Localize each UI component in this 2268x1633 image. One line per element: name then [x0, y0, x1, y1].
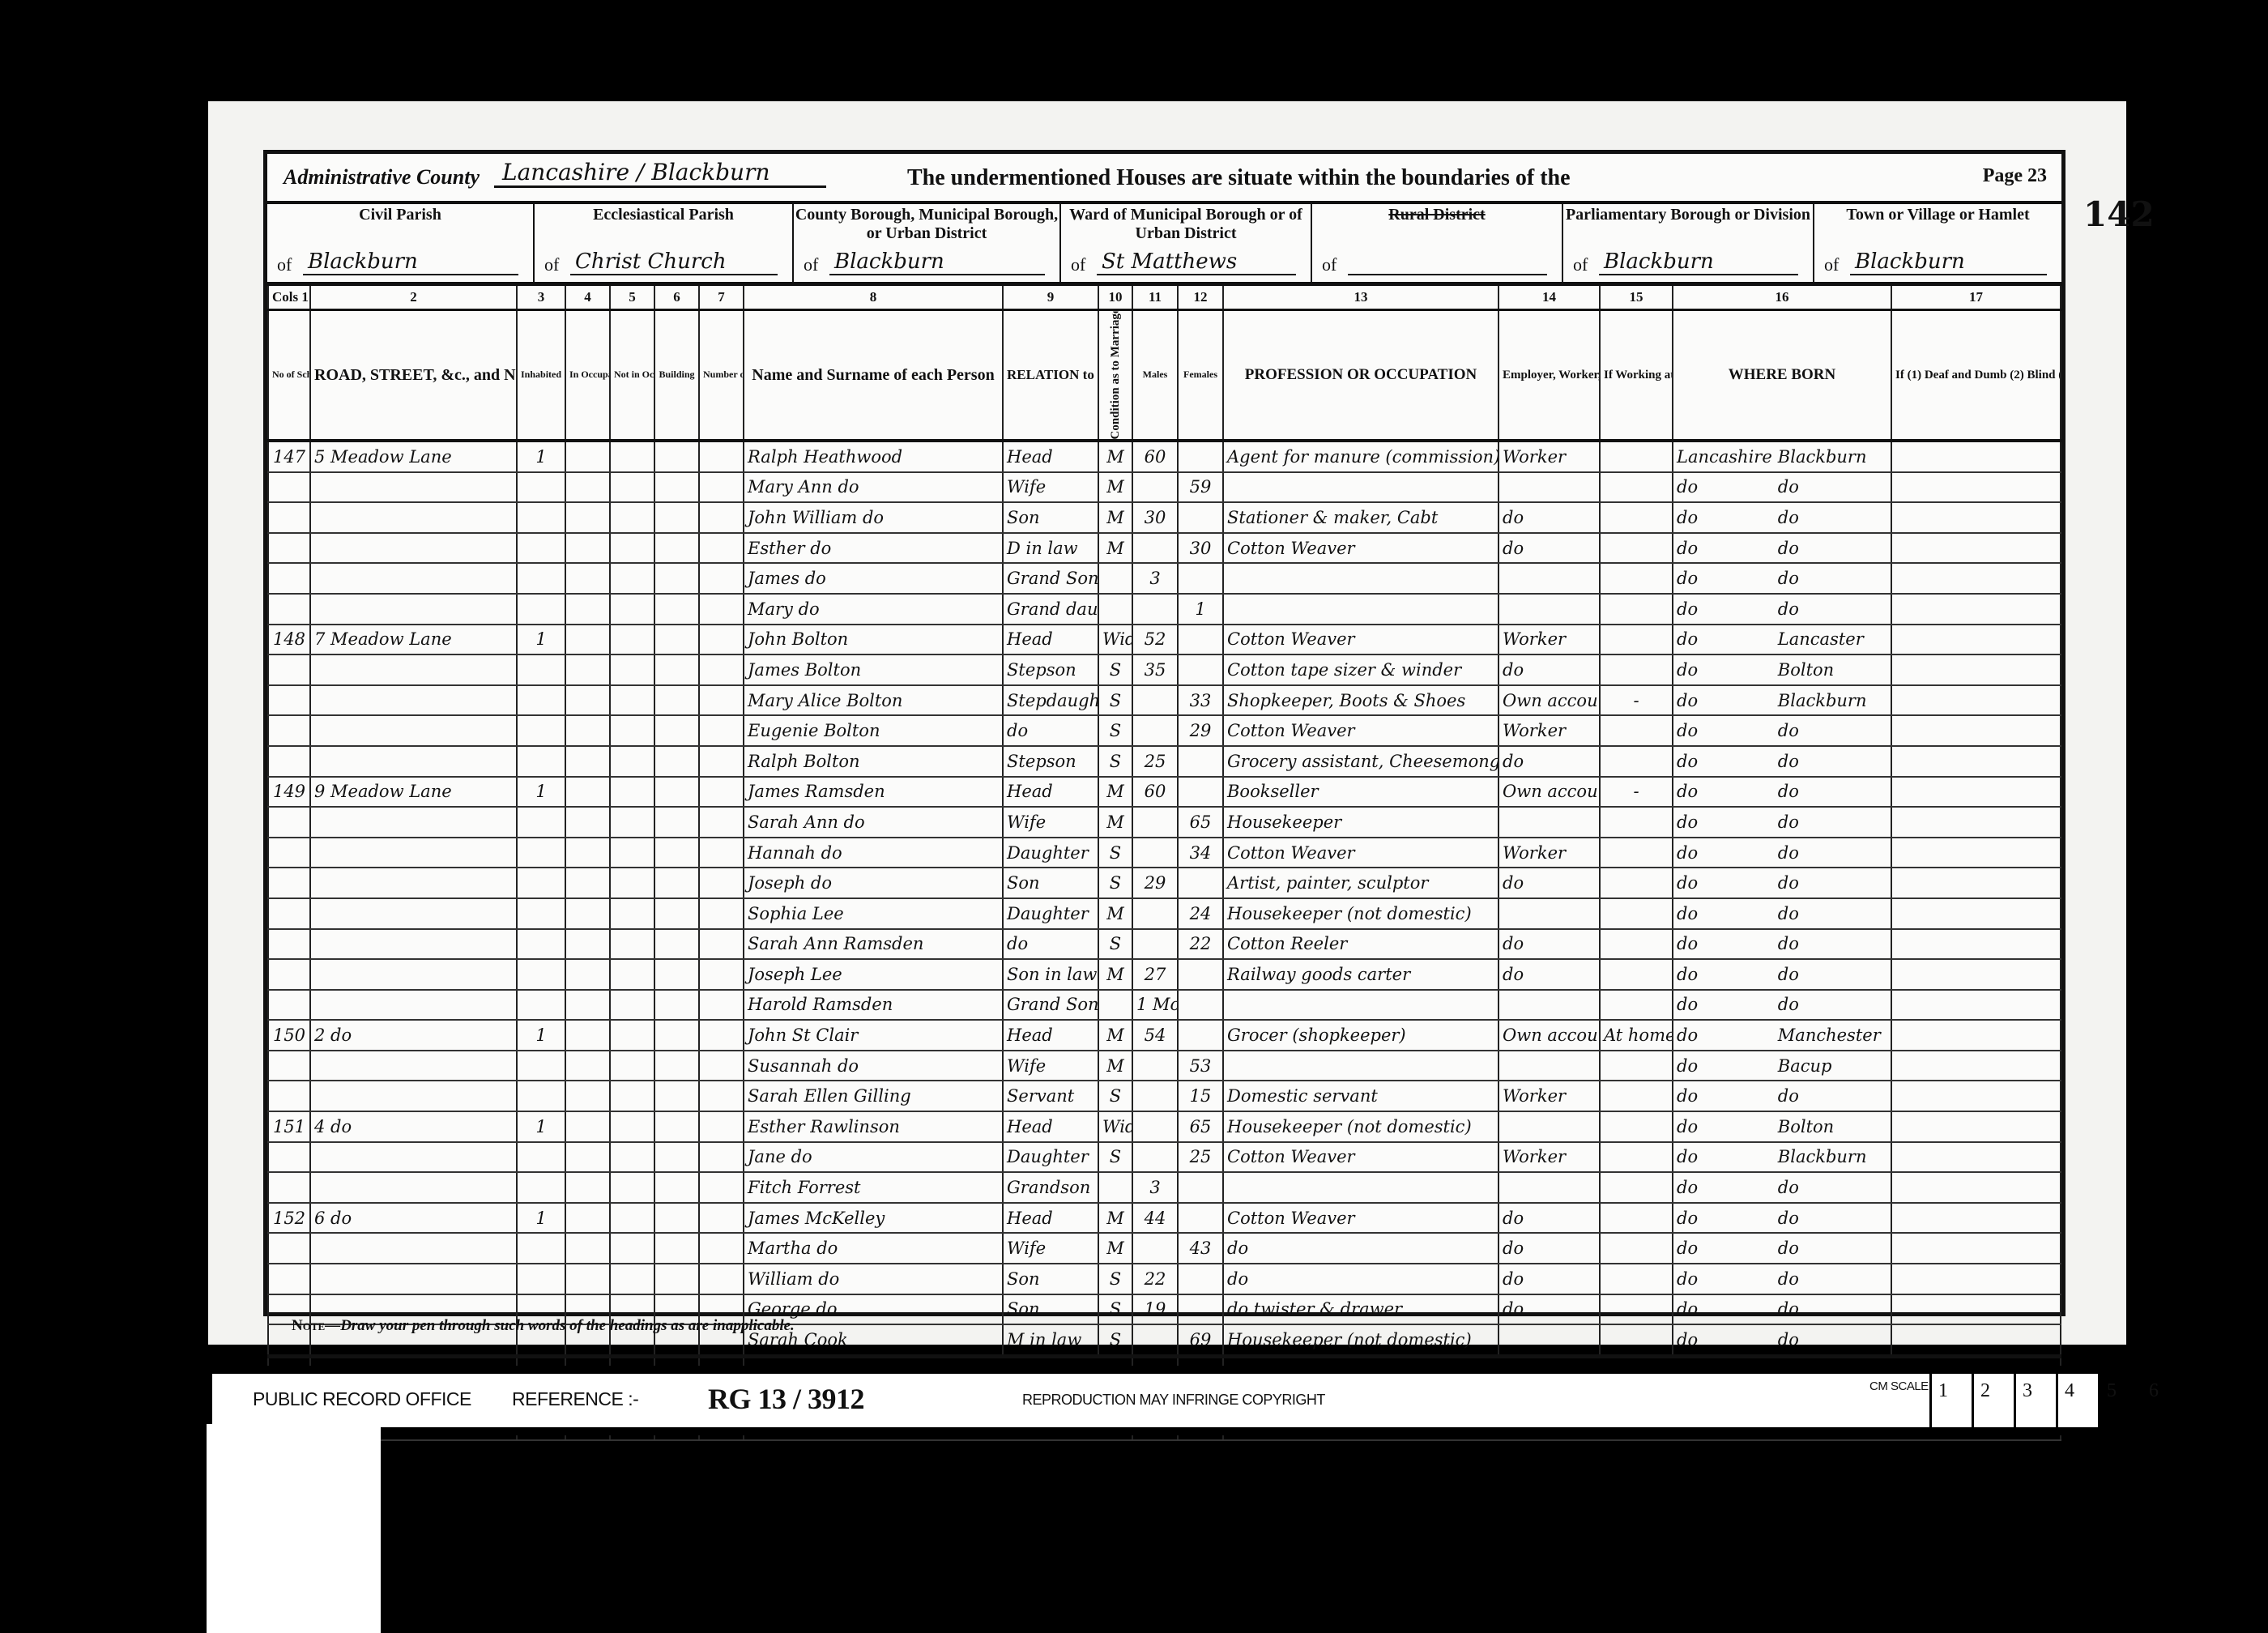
- female-age: 65: [1178, 807, 1223, 838]
- male-age: 44: [1132, 1203, 1178, 1234]
- born-place: do: [1778, 812, 1799, 832]
- in-occupation: [565, 1203, 610, 1234]
- not-in-occupation: [610, 594, 654, 625]
- born-county: do: [1677, 508, 1778, 527]
- at-home: [1600, 990, 1673, 1021]
- rooms: [699, 777, 744, 808]
- born-place: do: [1778, 1299, 1799, 1319]
- born-place: Lancaster: [1778, 629, 1864, 649]
- born-place: do: [1778, 782, 1799, 801]
- employer-status: [1498, 807, 1600, 838]
- relation: Son in law: [1003, 959, 1098, 990]
- born-place: do: [1778, 599, 1799, 619]
- male-age: [1132, 594, 1178, 625]
- rooms: [699, 838, 744, 868]
- born-place: do: [1778, 752, 1799, 771]
- person-name: Esther do: [744, 533, 1003, 564]
- relation: Wife: [1003, 1051, 1098, 1081]
- schedule-no: [268, 502, 310, 533]
- schedule-no: 150: [268, 1020, 310, 1051]
- infirmity: [1891, 1081, 2061, 1111]
- rooms: [699, 898, 744, 929]
- scale-mark: 3: [2014, 1374, 2056, 1427]
- condition: S: [1098, 929, 1132, 960]
- male-age: 29: [1132, 868, 1178, 898]
- inhabited: [517, 929, 565, 960]
- table-row: Joseph LeeSon in lawM27Railway goods car…: [268, 959, 2061, 990]
- table-row: Susannah doWifeM53doBacup: [268, 1051, 2061, 1081]
- not-in-occupation: [610, 1051, 654, 1081]
- scale-mark: 5: [2098, 1374, 2140, 1427]
- header-occupation: PROFESSION OR OCCUPATION: [1223, 310, 1498, 441]
- relation: D in law: [1003, 533, 1098, 564]
- not-in-occupation: [610, 502, 654, 533]
- born-county: do: [1677, 629, 1778, 649]
- rooms: [699, 625, 744, 655]
- person-name: William do: [744, 1264, 1003, 1294]
- schedule-no: [268, 1142, 310, 1173]
- inhabited: [517, 959, 565, 990]
- col-num: 8: [744, 286, 1003, 310]
- employer-status: [1498, 1324, 1600, 1356]
- where-born: dodo: [1673, 1203, 1891, 1234]
- in-occupation: [565, 715, 610, 746]
- header-not-in-occupation: Not in Occupation: [610, 310, 654, 441]
- condition: [1098, 1172, 1132, 1203]
- not-in-occupation: [610, 990, 654, 1021]
- road-address: [310, 1051, 517, 1081]
- instruction-note: Note—Draw your pen through such words of…: [292, 1317, 795, 1335]
- ecclesiastical-parish: Ecclesiastical Parish of Christ Church: [535, 201, 794, 282]
- in-occupation: [565, 1172, 610, 1203]
- road-address: [310, 959, 517, 990]
- male-age: 30: [1132, 502, 1178, 533]
- building: [654, 533, 699, 564]
- table-row: James doGrand Son3dodo: [268, 563, 2061, 594]
- born-place: do: [1778, 569, 1799, 588]
- table-row: William doSonS22dodododo: [268, 1264, 2061, 1294]
- condition: M: [1098, 1203, 1132, 1234]
- col-num: 6: [654, 286, 699, 310]
- at-home: At home: [1600, 1020, 1673, 1051]
- born-county: do: [1677, 1299, 1778, 1319]
- building: [654, 472, 699, 503]
- infirmity: [1891, 441, 2061, 472]
- born-county: do: [1677, 752, 1778, 771]
- condition: S: [1098, 1142, 1132, 1173]
- relation: Grand daughter: [1003, 594, 1098, 625]
- employer-status: [1498, 472, 1600, 503]
- condition: S: [1098, 654, 1132, 685]
- where-born: dodo: [1673, 1172, 1891, 1203]
- not-in-occupation: [610, 441, 654, 472]
- female-age: 30: [1178, 533, 1223, 564]
- occupation: Housekeeper (not domestic): [1223, 1324, 1498, 1356]
- table-row: 1502 do1John St ClairHeadM54Grocer (shop…: [268, 1020, 2061, 1051]
- condition: S: [1098, 838, 1132, 868]
- building: [654, 1203, 699, 1234]
- at-home: [1600, 472, 1673, 503]
- road-address: [310, 1081, 517, 1111]
- relation: Head: [1003, 1111, 1098, 1142]
- header-where-born: WHERE BORN: [1673, 310, 1891, 441]
- building: [654, 654, 699, 685]
- born-county: do: [1677, 1330, 1778, 1349]
- not-in-occupation: [610, 1111, 654, 1142]
- relation: Daughter: [1003, 838, 1098, 868]
- building: [654, 990, 699, 1021]
- archive-footer: PUBLIC RECORD OFFICE REFERENCE :- RG 13 …: [212, 1366, 2100, 1435]
- in-occupation: [565, 441, 610, 472]
- census-rows: 1475 Meadow Lane1Ralph HeathwoodHeadM60A…: [268, 441, 2061, 1356]
- area-label: Ecclesiastical Parish: [535, 206, 792, 224]
- person-name: Eugenie Bolton: [744, 715, 1003, 746]
- in-occupation: [565, 929, 610, 960]
- schedule-no: [268, 1081, 310, 1111]
- relation: Son: [1003, 868, 1098, 898]
- male-age: 27: [1132, 959, 1178, 990]
- male-age: [1132, 715, 1178, 746]
- road-address: [310, 990, 517, 1021]
- not-in-occupation: [610, 1172, 654, 1203]
- born-county: do: [1677, 569, 1778, 588]
- record-office-label: PUBLIC RECORD OFFICE: [253, 1388, 471, 1410]
- rooms: [699, 594, 744, 625]
- schedule-no: [268, 472, 310, 503]
- where-born: dodo: [1673, 472, 1891, 503]
- table-row: Sarah Ellen GillingServantS15Domestic se…: [268, 1081, 2061, 1111]
- not-in-occupation: [610, 868, 654, 898]
- admin-county-value: Lancashire / Blackburn: [494, 159, 826, 188]
- page-number: Page 23: [1983, 165, 2047, 187]
- person-name: Sarah Ann Ramsden: [744, 929, 1003, 960]
- building: [654, 594, 699, 625]
- occupation: [1223, 594, 1498, 625]
- infirmity: [1891, 533, 2061, 564]
- person-name: Joseph do: [744, 868, 1003, 898]
- born-place: Bacup: [1778, 1056, 1832, 1076]
- employer-status: do: [1498, 959, 1600, 990]
- where-born: dodo: [1673, 502, 1891, 533]
- born-place: do: [1778, 1178, 1799, 1197]
- header-building: Building: [654, 310, 699, 441]
- inhabited: 1: [517, 625, 565, 655]
- inhabited: 1: [517, 1203, 565, 1234]
- area-value: St Matthews: [1097, 249, 1296, 275]
- employer-status: do: [1498, 746, 1600, 777]
- condition: [1098, 594, 1132, 625]
- inhabited: [517, 715, 565, 746]
- inhabited: 1: [517, 441, 565, 472]
- relation: Grand Son: [1003, 563, 1098, 594]
- table-row: Mary Alice BoltonStepdaughterS33Shopkeep…: [268, 685, 2061, 716]
- schedule-no: 151: [268, 1111, 310, 1142]
- employer-status: do: [1498, 654, 1600, 685]
- condition: S: [1098, 1081, 1132, 1111]
- inhabited: [517, 1081, 565, 1111]
- header-name: Name and Surname of each Person: [744, 310, 1003, 441]
- schedule-no: 152: [268, 1203, 310, 1234]
- male-age: 52: [1132, 625, 1178, 655]
- male-age: 60: [1132, 777, 1178, 808]
- area-value: Blackburn: [1850, 249, 2047, 275]
- rural-district: Rural District of: [1312, 201, 1563, 282]
- at-home: [1600, 1203, 1673, 1234]
- building: [654, 959, 699, 990]
- at-home: [1600, 898, 1673, 929]
- in-occupation: [565, 1233, 610, 1264]
- male-age: 35: [1132, 654, 1178, 685]
- table-row: 1526 do1James McKelleyHeadM44Cotton Weav…: [268, 1203, 2061, 1234]
- road-address: 9 Meadow Lane: [310, 777, 517, 808]
- relation: Head: [1003, 777, 1098, 808]
- where-born: dodo: [1673, 533, 1891, 564]
- road-address: 2 do: [310, 1020, 517, 1051]
- relation: Son: [1003, 1264, 1098, 1294]
- condition: S: [1098, 685, 1132, 716]
- infirmity: [1891, 990, 2061, 1021]
- table-row: 1475 Meadow Lane1Ralph HeathwoodHeadM60A…: [268, 441, 2061, 472]
- infirmity: [1891, 1142, 2061, 1173]
- table-row: Eugenie BoltondoS29Cotton WeaverWorkerdo…: [268, 715, 2061, 746]
- female-age: [1178, 777, 1223, 808]
- employer-status: do: [1498, 1203, 1600, 1234]
- male-age: 60: [1132, 441, 1178, 472]
- relation: Son: [1003, 502, 1098, 533]
- born-county: do: [1677, 782, 1778, 801]
- born-county: do: [1677, 812, 1778, 832]
- where-born: dodo: [1673, 1294, 1891, 1325]
- inhabited: 1: [517, 777, 565, 808]
- condition: M: [1098, 441, 1132, 472]
- condition: M: [1098, 1051, 1132, 1081]
- occupation: Cotton Weaver: [1223, 625, 1498, 655]
- building: [654, 1264, 699, 1294]
- where-born: dodo: [1673, 929, 1891, 960]
- female-age: 15: [1178, 1081, 1223, 1111]
- road-address: [310, 502, 517, 533]
- in-occupation: [565, 990, 610, 1021]
- header-condition: Condition as to Marriage: [1098, 310, 1132, 441]
- road-address: [310, 746, 517, 777]
- employer-status: Worker: [1498, 441, 1600, 472]
- male-age: 22: [1132, 1264, 1178, 1294]
- area-label: Ward of Municipal Borough or of Urban Di…: [1061, 206, 1311, 243]
- female-age: 53: [1178, 1051, 1223, 1081]
- male-age: [1132, 472, 1178, 503]
- occupation: Domestic servant: [1223, 1081, 1498, 1111]
- at-home: [1600, 625, 1673, 655]
- inhabited: 1: [517, 1020, 565, 1051]
- not-in-occupation: [610, 1264, 654, 1294]
- condition: M: [1098, 533, 1132, 564]
- where-born: dodo: [1673, 746, 1891, 777]
- rooms: [699, 1264, 744, 1294]
- infirmity: [1891, 1324, 2061, 1356]
- where-born: dodo: [1673, 959, 1891, 990]
- relation: Wife: [1003, 472, 1098, 503]
- born-county: do: [1677, 1269, 1778, 1289]
- schedule-no: [268, 868, 310, 898]
- male-age: [1132, 807, 1178, 838]
- person-name: Esther Rawlinson: [744, 1111, 1003, 1142]
- county-borough: County Borough, Municipal Borough, or Ur…: [794, 201, 1061, 282]
- born-county: do: [1677, 1239, 1778, 1258]
- born-place: Blackburn: [1778, 447, 1867, 467]
- col-num: 5: [610, 286, 654, 310]
- where-born: LancashireBlackburn: [1673, 441, 1891, 472]
- header-relation: RELATION to Head of Family: [1003, 310, 1098, 441]
- road-address: [310, 1233, 517, 1264]
- female-age: 65: [1178, 1111, 1223, 1142]
- inhabited: [517, 990, 565, 1021]
- in-occupation: [565, 533, 610, 564]
- road-address: [310, 563, 517, 594]
- female-age: [1178, 959, 1223, 990]
- at-home: [1600, 1051, 1673, 1081]
- born-county: do: [1677, 599, 1778, 619]
- not-in-occupation: [610, 1233, 654, 1264]
- not-in-occupation: [610, 472, 654, 503]
- occupation: [1223, 563, 1498, 594]
- inhabited: [517, 1172, 565, 1203]
- male-age: [1132, 533, 1178, 564]
- schedule-no: [268, 654, 310, 685]
- not-in-occupation: [610, 838, 654, 868]
- occupation: [1223, 990, 1498, 1021]
- occupation: Railway goods carter: [1223, 959, 1498, 990]
- in-occupation: [565, 807, 610, 838]
- building: [654, 685, 699, 716]
- header-inhabited: Inhabited: [517, 310, 565, 441]
- header-females: Females: [1178, 310, 1223, 441]
- cm-scale-label: CM SCALE: [1869, 1380, 1929, 1394]
- rooms: [699, 746, 744, 777]
- area-headers: Civil Parish of Blackburn Ecclesiastical…: [267, 201, 2061, 286]
- condition: S: [1098, 1264, 1132, 1294]
- inhabited: 1: [517, 1111, 565, 1142]
- note-prefix: Note: [292, 1317, 325, 1334]
- building: [654, 502, 699, 533]
- table-row: Fitch ForrestGrandson3dodo: [268, 1172, 2061, 1203]
- female-age: 34: [1178, 838, 1223, 868]
- occupation: Stationer & maker, Cabt: [1223, 502, 1498, 533]
- born-county: do: [1677, 1209, 1778, 1228]
- schedule-no: [268, 959, 310, 990]
- not-in-occupation: [610, 1081, 654, 1111]
- infirmity: [1891, 685, 2061, 716]
- col-num: 7: [699, 286, 744, 310]
- male-age: [1132, 1324, 1178, 1356]
- not-in-occupation: [610, 625, 654, 655]
- infirmity: [1891, 594, 2061, 625]
- in-occupation: [565, 959, 610, 990]
- occupation: Housekeeper: [1223, 807, 1498, 838]
- relation: M in law: [1003, 1324, 1098, 1356]
- born-county: do: [1677, 1147, 1778, 1166]
- occupation: Housekeeper (not domestic): [1223, 1111, 1498, 1142]
- relation: Wife: [1003, 807, 1098, 838]
- rooms: [699, 1233, 744, 1264]
- relation: Head: [1003, 1020, 1098, 1051]
- relation: Grand Son: [1003, 990, 1098, 1021]
- in-occupation: [565, 472, 610, 503]
- male-age: [1132, 898, 1178, 929]
- table-row: 1499 Meadow Lane1James RamsdenHeadM60Boo…: [268, 777, 2061, 808]
- born-place: do: [1778, 995, 1799, 1014]
- not-in-occupation: [610, 685, 654, 716]
- infirmity: [1891, 1020, 2061, 1051]
- area-value: Christ Church: [570, 249, 778, 275]
- table-row: Sarah Ann doWifeM65Housekeeperdodo: [268, 807, 2061, 838]
- inhabited: [517, 898, 565, 929]
- building: [654, 898, 699, 929]
- rooms: [699, 563, 744, 594]
- occupation: Cotton Weaver: [1223, 1142, 1498, 1173]
- infirmity: [1891, 1264, 2061, 1294]
- female-age: 43: [1178, 1233, 1223, 1264]
- male-age: 19: [1132, 1294, 1178, 1325]
- born-county: do: [1677, 721, 1778, 740]
- where-born: doLancaster: [1673, 625, 1891, 655]
- employer-status: [1498, 563, 1600, 594]
- in-occupation: [565, 685, 610, 716]
- col-num: Cols 1: [268, 286, 310, 310]
- female-age: [1178, 441, 1223, 472]
- male-age: 3: [1132, 563, 1178, 594]
- road-address: [310, 807, 517, 838]
- in-occupation: [565, 1081, 610, 1111]
- condition: S: [1098, 868, 1132, 898]
- not-in-occupation: [610, 746, 654, 777]
- where-born: dodo: [1673, 777, 1891, 808]
- road-address: [310, 1264, 517, 1294]
- person-name: James Ramsden: [744, 777, 1003, 808]
- area-label: Town or Village or Hamlet: [1814, 206, 2061, 224]
- female-age: [1178, 1264, 1223, 1294]
- employer-status: [1498, 594, 1600, 625]
- occupation: do twister & drawer: [1223, 1294, 1498, 1325]
- relation: Grandson: [1003, 1172, 1098, 1203]
- header-employer: Employer, Worker, or Own account: [1498, 310, 1600, 441]
- inhabited: [517, 685, 565, 716]
- at-home: -: [1600, 685, 1673, 716]
- area-label: Rural District: [1312, 206, 1562, 224]
- area-value: Blackburn: [829, 249, 1045, 275]
- born-county: do: [1677, 965, 1778, 984]
- employer-status: [1498, 1172, 1600, 1203]
- at-home: [1600, 929, 1673, 960]
- header-schedule: No of Schedule: [268, 310, 310, 441]
- infirmity: [1891, 959, 2061, 990]
- column-header-row: No of Schedule ROAD, STREET, &c., and No…: [268, 310, 2061, 441]
- female-age: 59: [1178, 472, 1223, 503]
- road-address: [310, 533, 517, 564]
- relation: Servant: [1003, 1081, 1098, 1111]
- employer-status: [1498, 898, 1600, 929]
- born-county: do: [1677, 1117, 1778, 1136]
- area-label: County Borough, Municipal Borough, or Ur…: [794, 206, 1059, 243]
- road-address: [310, 868, 517, 898]
- condition: M: [1098, 898, 1132, 929]
- schedule-no: [268, 715, 310, 746]
- occupation: Shopkeeper, Boots & Shoes: [1223, 685, 1498, 716]
- where-born: dodo: [1673, 1081, 1891, 1111]
- not-in-occupation: [610, 654, 654, 685]
- condition: M: [1098, 777, 1132, 808]
- occupation: [1223, 1172, 1498, 1203]
- of-label: of: [544, 254, 559, 275]
